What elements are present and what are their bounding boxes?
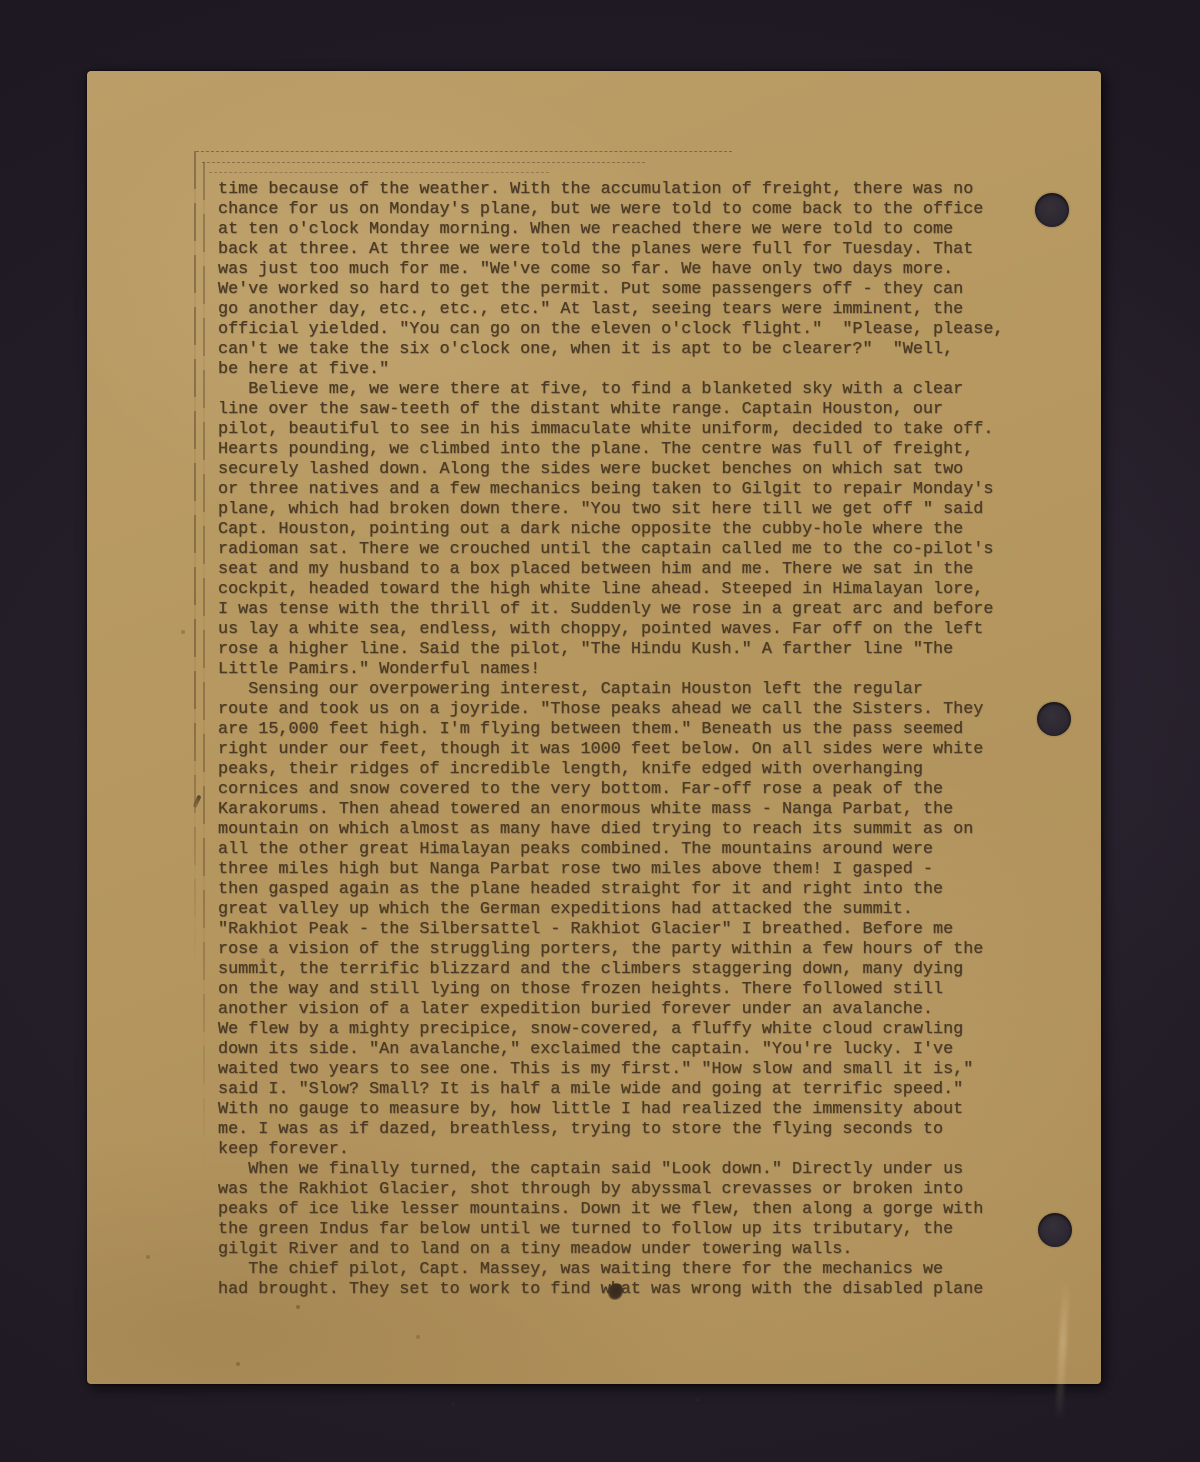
text-line: rose a vision of the struggling porters,… bbox=[218, 940, 1028, 960]
text-line: was the Rakhiot Glacier, shot through by… bbox=[218, 1180, 1028, 1200]
scan-background: time because of the weather. With the ac… bbox=[0, 0, 1200, 1462]
text-line: Sensing our overpowering interest, Capta… bbox=[218, 680, 1028, 700]
ruled-line-left-1 bbox=[194, 151, 196, 961]
text-line: three miles high but Nanga Parbat rose t… bbox=[218, 860, 1028, 880]
text-line: The chief pilot, Capt. Massey, was waiti… bbox=[218, 1260, 1028, 1280]
text-line: line over the saw-teeth of the distant w… bbox=[218, 400, 1028, 420]
text-line: securely lashed down. Along the sides we… bbox=[218, 460, 1028, 480]
punch-hole-top bbox=[1035, 193, 1069, 227]
text-line: can't we take the six o'clock one, when … bbox=[218, 340, 1028, 360]
text-line: official yielded. "You can go on the ele… bbox=[218, 320, 1028, 340]
text-line: right under our feet, though it was 1000… bbox=[218, 740, 1028, 760]
ruled-line-top-2 bbox=[202, 162, 645, 163]
text-line: me. I was as if dazed, breathless, tryin… bbox=[218, 1120, 1028, 1140]
text-line: With no gauge to measure by, how little … bbox=[218, 1100, 1028, 1120]
text-line: We've worked so hard to get the permit. … bbox=[218, 280, 1028, 300]
ruled-line-left-2 bbox=[203, 162, 205, 1172]
text-line: Little Pamirs." Wonderful names! bbox=[218, 660, 1028, 680]
text-line: go another day, etc., etc., etc." At las… bbox=[218, 300, 1028, 320]
text-line: was just too much for me. "We've come so… bbox=[218, 260, 1028, 280]
text-line: then gasped again as the plane headed st… bbox=[218, 880, 1028, 900]
text-line: Believe me, we were there at five, to fi… bbox=[218, 380, 1028, 400]
text-line: We flew by a mighty precipice, snow-cove… bbox=[218, 1020, 1028, 1040]
text-line: chance for us on Monday's plane, but we … bbox=[218, 200, 1028, 220]
text-line: rose a higher line. Said the pilot, "The… bbox=[218, 640, 1028, 660]
text-line: peaks, their ridges of incredible length… bbox=[218, 760, 1028, 780]
text-line: are 15,000 feet high. I'm flying between… bbox=[218, 720, 1028, 740]
text-line: be here at five." bbox=[218, 360, 1028, 380]
text-line: cockpit, headed toward the high white li… bbox=[218, 580, 1028, 600]
text-line: said I. "Slow? Small? It is half a mile … bbox=[218, 1080, 1028, 1100]
text-line: seat and my husband to a box placed betw… bbox=[218, 560, 1028, 580]
text-line: When we finally turned, the captain said… bbox=[218, 1160, 1028, 1180]
text-line: all the other great Himalayan peaks comb… bbox=[218, 840, 1028, 860]
text-line: the green Indus far below until we turne… bbox=[218, 1220, 1028, 1240]
text-line: us lay a white sea, endless, with choppy… bbox=[218, 620, 1028, 640]
ruled-line-top-3 bbox=[209, 172, 549, 173]
text-line: pilot, beautiful to see in his immaculat… bbox=[218, 420, 1028, 440]
text-line: waited two years to see one. This is my … bbox=[218, 1060, 1028, 1080]
ruled-line-top-1 bbox=[196, 151, 732, 152]
text-line: Capt. Houston, pointing out a dark niche… bbox=[218, 520, 1028, 540]
text-line: back at three. At three we were told the… bbox=[218, 240, 1028, 260]
paper-crease bbox=[1055, 1279, 1069, 1419]
text-line: on the way and still lying on those froz… bbox=[218, 980, 1028, 1000]
paper-page: time because of the weather. With the ac… bbox=[87, 71, 1101, 1384]
text-line: keep forever. bbox=[218, 1140, 1028, 1160]
text-line: "Rakhiot Peak - the Silbersattel - Rakhi… bbox=[218, 920, 1028, 940]
text-line: down its side. "An avalanche," exclaimed… bbox=[218, 1040, 1028, 1060]
text-line: at ten o'clock Monday morning. When we r… bbox=[218, 220, 1028, 240]
text-line: peaks of ice like lesser mountains. Down… bbox=[218, 1200, 1028, 1220]
text-line: great valley up which the German expedit… bbox=[218, 900, 1028, 920]
text-line: cornices and snow covered to the very bo… bbox=[218, 780, 1028, 800]
text-line: radioman sat. There we crouched until th… bbox=[218, 540, 1028, 560]
text-line: route and took us on a joyride. "Those p… bbox=[218, 700, 1028, 720]
punch-hole-middle bbox=[1037, 702, 1071, 736]
typewritten-text: time because of the weather. With the ac… bbox=[218, 180, 1028, 1300]
text-line: or three natives and a few mechanics bei… bbox=[218, 480, 1028, 500]
text-line: Hearts pounding, we climbed into the pla… bbox=[218, 440, 1028, 460]
text-line: plane, which had broken down there. "You… bbox=[218, 500, 1028, 520]
text-line: another vision of a later expedition bur… bbox=[218, 1000, 1028, 1020]
text-line: gilgit River and to land on a tiny meado… bbox=[218, 1240, 1028, 1260]
paper-speckles bbox=[87, 71, 89, 73]
text-line: Karakorums. Then ahead towered an enormo… bbox=[218, 800, 1028, 820]
text-line: time because of the weather. With the ac… bbox=[218, 180, 1028, 200]
punch-hole-bottom bbox=[1038, 1213, 1072, 1247]
text-line: mountain on which almost as many have di… bbox=[218, 820, 1028, 840]
text-line: summit, the terrific blizzard and the cl… bbox=[218, 960, 1028, 980]
text-line: I was tense with the thrill of it. Sudde… bbox=[218, 600, 1028, 620]
